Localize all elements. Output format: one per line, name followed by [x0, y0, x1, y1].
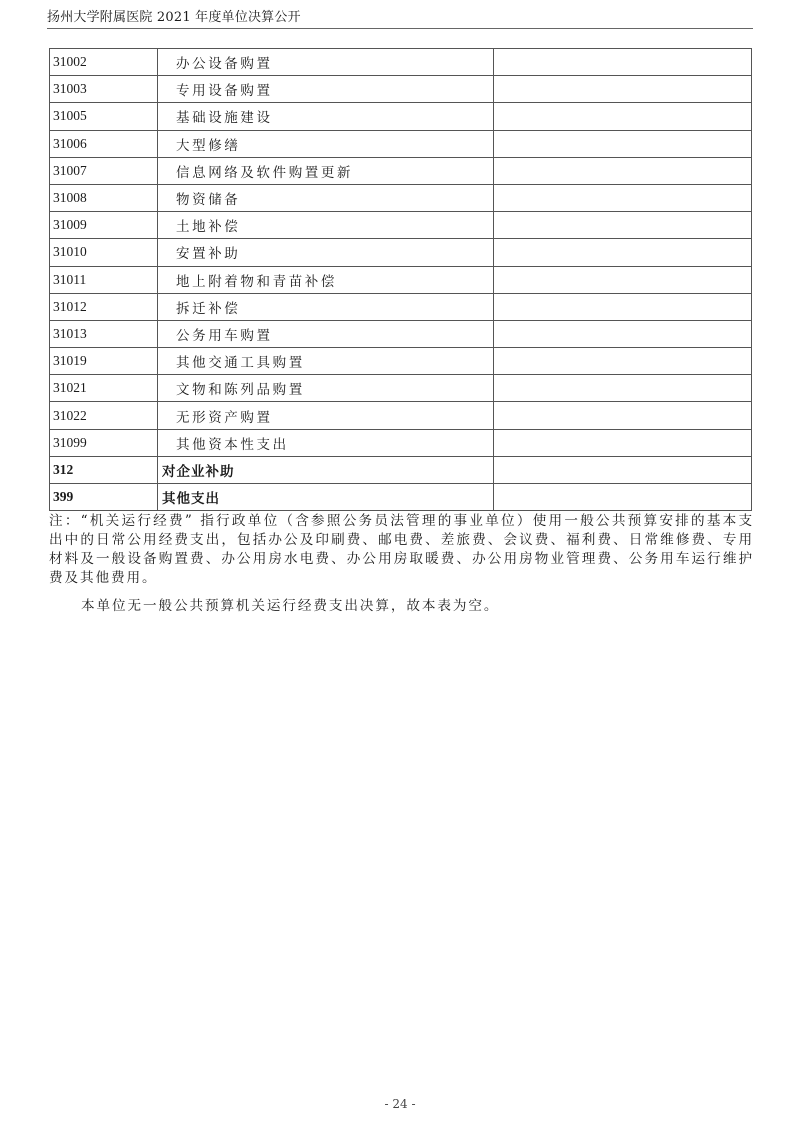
row-value: [494, 429, 752, 456]
table-row: 31012拆迁补偿: [50, 293, 752, 320]
empty-table-statement: 本单位无一般公共预算机关运行经费支出决算，故本表为空。: [81, 594, 499, 614]
table-row: 312对企业补助: [50, 456, 752, 483]
row-code: 31007: [50, 157, 158, 184]
row-name: 办公设备购置: [158, 52, 273, 72]
row-name: 其他支出: [158, 487, 220, 507]
row-value: [494, 320, 752, 347]
row-code: 31011: [50, 266, 158, 293]
row-code: 31021: [50, 375, 158, 402]
row-name-cell: 其他资本性支出: [158, 429, 494, 456]
row-name-cell: 办公设备购置: [158, 49, 494, 76]
row-name-cell: 其他支出: [158, 484, 494, 511]
row-value: [494, 157, 752, 184]
row-name-cell: 拆迁补偿: [158, 293, 494, 320]
table-row: 31008物资储备: [50, 184, 752, 211]
row-value: [494, 266, 752, 293]
table-row: 31099其他资本性支出: [50, 429, 752, 456]
row-value: [494, 212, 752, 239]
row-value: [494, 49, 752, 76]
row-value: [494, 456, 752, 483]
table-row: 31010安置补助: [50, 239, 752, 266]
row-value: [494, 375, 752, 402]
row-name: 公务用车购置: [158, 324, 273, 344]
row-name: 文物和陈列品购置: [158, 378, 305, 398]
row-code: 31002: [50, 49, 158, 76]
note-paragraph: 注：“机关运行经费” 指行政单位（含参照公务员法管理的事业单位）使用一般公共预算…: [49, 512, 754, 588]
row-code: 31099: [50, 429, 158, 456]
row-code: 31009: [50, 212, 158, 239]
row-value: [494, 348, 752, 375]
table-row: 31013公务用车购置: [50, 320, 752, 347]
row-name: 安置补助: [158, 242, 240, 262]
row-code: 312: [50, 456, 158, 483]
row-value: [494, 484, 752, 511]
expenditure-table: 31002办公设备购置31003专用设备购置31005基础设施建设31006大型…: [49, 48, 752, 511]
row-code: 31003: [50, 76, 158, 103]
row-code: 31010: [50, 239, 158, 266]
row-code: 31013: [50, 320, 158, 347]
table-row: 31003专用设备购置: [50, 76, 752, 103]
row-code: 31012: [50, 293, 158, 320]
table-row: 31011地上附着物和青苗补偿: [50, 266, 752, 293]
table-row: 31019其他交通工具购置: [50, 348, 752, 375]
row-value: [494, 103, 752, 130]
table-row: 31022无形资产购置: [50, 402, 752, 429]
row-name-cell: 公务用车购置: [158, 320, 494, 347]
row-value: [494, 402, 752, 429]
table-row: 31005基础设施建设: [50, 103, 752, 130]
row-code: 31022: [50, 402, 158, 429]
row-name: 物资储备: [158, 188, 240, 208]
row-name-cell: 大型修缮: [158, 130, 494, 157]
row-name: 拆迁补偿: [158, 297, 240, 317]
row-code: 31006: [50, 130, 158, 157]
row-name-cell: 对企业补助: [158, 456, 494, 483]
row-value: [494, 76, 752, 103]
table-row: 31007信息网络及软件购置更新: [50, 157, 752, 184]
table-row: 399其他支出: [50, 484, 752, 511]
row-name-cell: 信息网络及软件购置更新: [158, 157, 494, 184]
page-number: - 24 -: [0, 1097, 800, 1111]
row-name: 大型修缮: [158, 134, 240, 154]
row-name: 其他交通工具购置: [158, 351, 305, 371]
row-value: [494, 239, 752, 266]
row-name-cell: 专用设备购置: [158, 76, 494, 103]
row-value: [494, 293, 752, 320]
row-name: 其他资本性支出: [158, 433, 289, 453]
row-name-cell: 地上附着物和青苗补偿: [158, 266, 494, 293]
table-row: 31009土地补偿: [50, 212, 752, 239]
row-name: 信息网络及软件购置更新: [158, 161, 353, 181]
row-code: 31005: [50, 103, 158, 130]
row-name: 无形资产购置: [158, 406, 273, 426]
table-row: 31006大型修缮: [50, 130, 752, 157]
row-name: 地上附着物和青苗补偿: [158, 270, 337, 290]
row-code: 31008: [50, 184, 158, 211]
row-value: [494, 130, 752, 157]
row-name-cell: 其他交通工具购置: [158, 348, 494, 375]
row-name-cell: 文物和陈列品购置: [158, 375, 494, 402]
row-name: 对企业补助: [158, 460, 235, 480]
table-row: 31021文物和陈列品购置: [50, 375, 752, 402]
note-text: 注：“机关运行经费” 指行政单位（含参照公务员法管理的事业单位）使用一般公共预算…: [49, 512, 754, 588]
table-row: 31002办公设备购置: [50, 49, 752, 76]
row-name-cell: 物资储备: [158, 184, 494, 211]
row-name-cell: 土地补偿: [158, 212, 494, 239]
row-name-cell: 无形资产购置: [158, 402, 494, 429]
row-name: 土地补偿: [158, 215, 240, 235]
row-name: 基础设施建设: [158, 106, 273, 126]
row-value: [494, 184, 752, 211]
row-name-cell: 基础设施建设: [158, 103, 494, 130]
row-code: 399: [50, 484, 158, 511]
document-header: 扬州大学附属医院 2021 年度单位决算公开: [47, 9, 753, 29]
row-code: 31019: [50, 348, 158, 375]
document-title: 扬州大学附属医院 2021 年度单位决算公开: [47, 10, 301, 25]
row-name-cell: 安置补助: [158, 239, 494, 266]
row-name: 专用设备购置: [158, 79, 273, 99]
